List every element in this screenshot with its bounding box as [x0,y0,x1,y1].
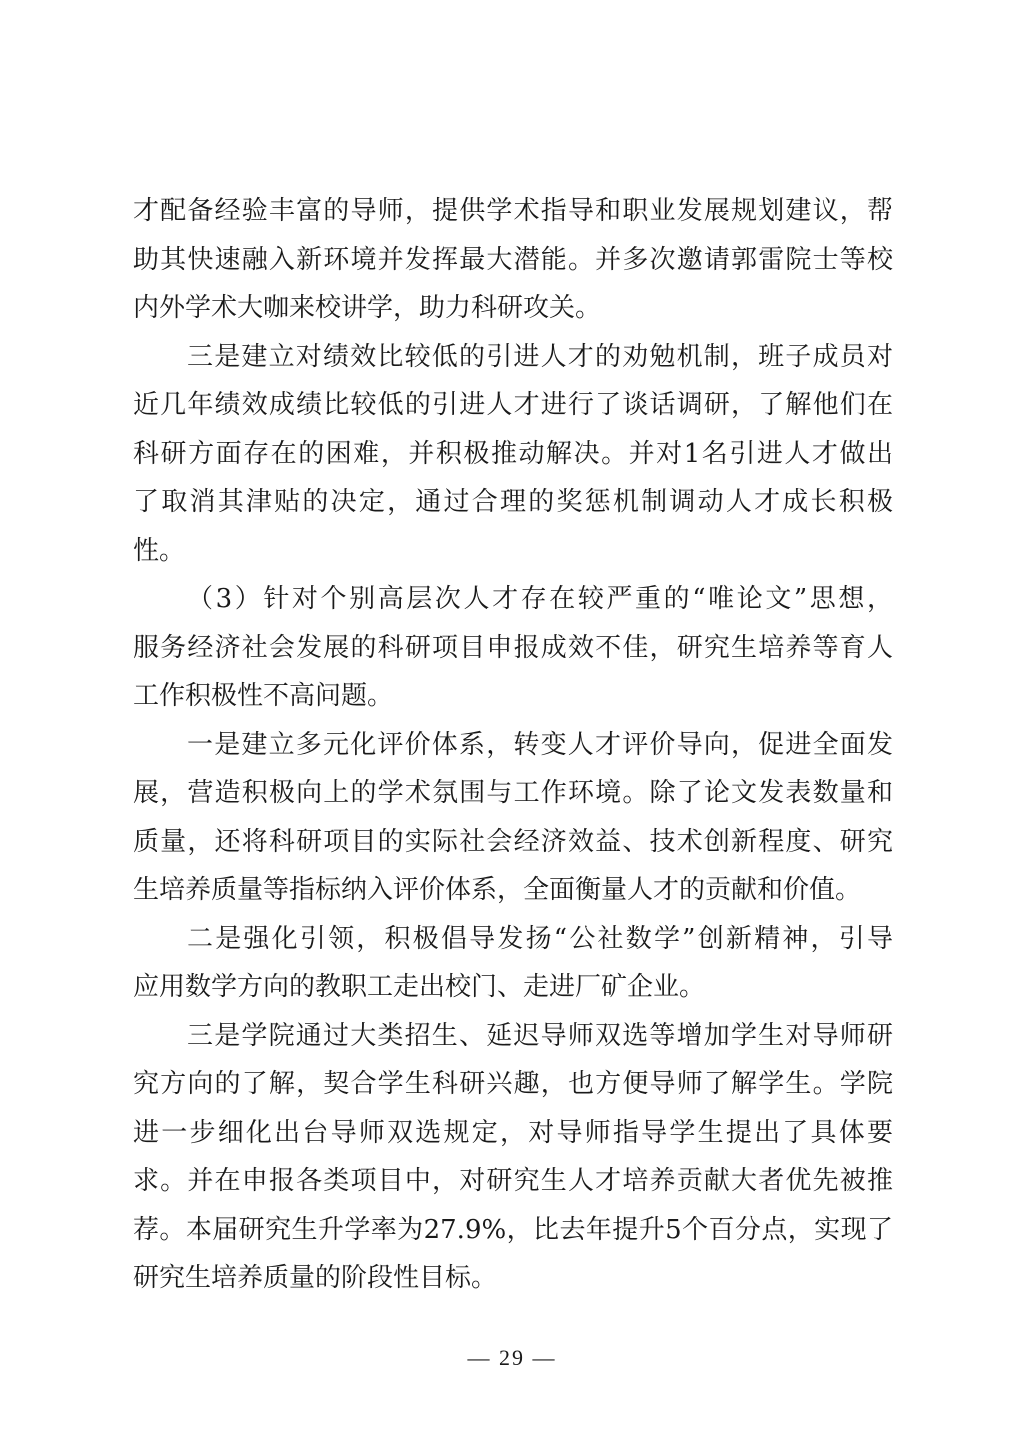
text-line: 生培养质量等指标纳入评价体系，全面衡量人才的贡献和价值。 [133,866,893,915]
text-line: 荐。本届研究生升学率为27.9%，比去年提升5个百分点，实现了 [133,1206,893,1255]
text-line: 二是强化引领，积极倡导发扬“公社数学”创新精神，引导 [133,915,893,964]
text-line: 近几年绩效成绩比较低的引进人才进行了谈话调研，了解他们在 [133,381,893,430]
text-line: 求。并在申报各类项目中，对研究生人才培养贡献大者优先被推 [133,1157,893,1206]
text-line: 展，营造积极向上的学术氛围与工作环境。除了论文发表数量和 [133,769,893,818]
text-line: （3）针对个别高层次人才存在较严重的“唯论文”思想， [133,575,893,624]
paragraph-leadership: 二是强化引领，积极倡导发扬“公社数学”创新精神，引导 应用数学方向的教职工走出校… [133,915,893,1012]
text-line: 助其快速融入新环境并发挥最大潜能。并多次邀请郭雷院士等校 [133,236,893,285]
text-line: 三是建立对绩效比较低的引进人才的劝勉机制，班子成员对 [133,333,893,382]
paragraph-evaluation-system: 一是建立多元化评价体系，转变人才评价导向，促进全面发 展，营造积极向上的学术氛围… [133,721,893,915]
text-line: 了取消其津贴的决定，通过合理的奖惩机制调动人才成长积极 [133,478,893,527]
text-line: 三是学院通过大类招生、延迟导师双选等增加学生对导师研 [133,1012,893,1061]
text-line: 进一步细化出台导师双选规定，对导师指导学生提出了具体要 [133,1109,893,1158]
paragraph-graduate-training: 三是学院通过大类招生、延迟导师双选等增加学生对导师研 究方向的了解，契合学生科研… [133,1012,893,1303]
paragraph-continuation: 才配备经验丰富的导师，提供学术指导和职业发展规划建议，帮 助其快速融入新环境并发… [133,187,893,333]
text-line: 工作积极性不高问题。 [133,672,893,721]
text-line: 科研方面存在的困难，并积极推动解决。并对1名引进人才做出 [133,430,893,479]
paragraph-issue-3: （3）针对个别高层次人才存在较严重的“唯论文”思想， 服务经济社会发展的科研项目… [133,575,893,721]
paragraph-incentive-mechanism: 三是建立对绩效比较低的引进人才的劝勉机制，班子成员对 近几年绩效成绩比较低的引进… [133,333,893,576]
text-line: 性。 [133,527,893,576]
text-line: 服务经济社会发展的科研项目申报成效不佳，研究生培养等育人 [133,624,893,673]
page-number: — 29 — [0,1345,1024,1371]
text-line: 才配备经验丰富的导师，提供学术指导和职业发展规划建议，帮 [133,187,893,236]
text-line: 内外学术大咖来校讲学，助力科研攻关。 [133,284,893,333]
text-line: 研究生培养质量的阶段性目标。 [133,1254,893,1303]
text-line: 究方向的了解，契合学生科研兴趣，也方便导师了解学生。学院 [133,1060,893,1109]
text-line: 一是建立多元化评价体系，转变人才评价导向，促进全面发 [133,721,893,770]
text-line: 应用数学方向的教职工走出校门、走进厂矿企业。 [133,963,893,1012]
document-body: 才配备经验丰富的导师，提供学术指导和职业发展规划建议，帮 助其快速融入新环境并发… [133,187,893,1303]
text-line: 质量，还将科研项目的实际社会经济效益、技术创新程度、研究 [133,818,893,867]
